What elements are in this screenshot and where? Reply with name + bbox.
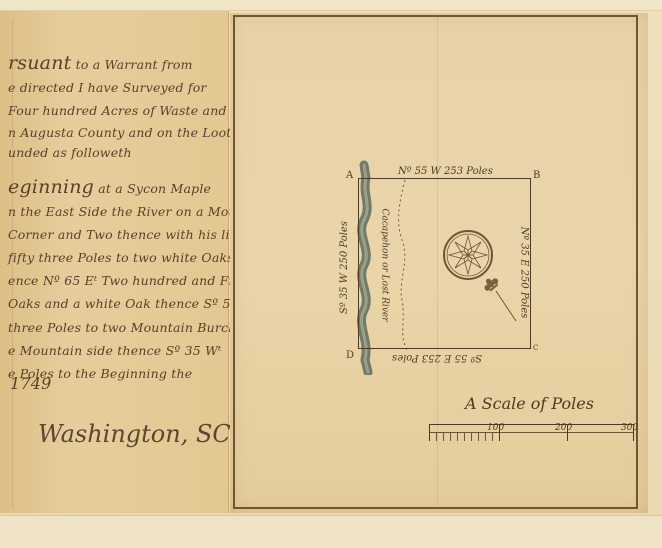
manuscript-line-12: three Poles to two Mountain Burch [8,320,237,335]
manuscript-line-3: Four hundred Acres of Waste and [8,103,227,118]
scale-bar: 100 200 300 [429,424,634,441]
scale-title: A Scale of Poles [465,394,594,413]
manuscript-line-13: e Mountain side thence Sº 35 Wᵗ [8,343,221,358]
bearing-right: Nº 35 E 250 Poles [518,227,529,319]
manuscript-line-2: e directed I have Surveyed for [8,80,207,95]
bearing-bottom: Sº 55 E 253 Poles [392,352,482,363]
corner-label-d: D [346,350,354,361]
corner-label-a: A [346,170,353,181]
scale-label-100: 100 [487,423,504,433]
manuscript-line-1: rsuant to a Warrant from [8,52,193,74]
scale-label-300: 300 [621,423,638,433]
river-label: Cacapehon or Lost River [380,208,390,321]
manuscript-line-11: Oaks and a white Oak thence Sº 55 [8,296,239,311]
mat-top-edge [0,0,662,11]
manuscript-line-5: unded as followeth [8,145,132,160]
bearing-top: Nº 55 W 253 Poles [398,166,493,177]
bearing-left: Sº 35 W 250 Poles [339,221,350,314]
manuscript-line-9: fifty three Poles to two white Oaks [8,250,234,265]
corner-label-c: C [533,344,538,352]
corner-label-b: B [533,170,540,181]
manuscript-line-6: eginning at a Sycon Maple [8,176,211,198]
manuscript-line-7: n the East Side the River on a Moun [8,204,245,219]
manuscript-line-10: ence Nº 65 Eᵗ Two hundred and Fifty [8,273,250,288]
scale-label-200: 200 [555,423,572,433]
manuscript-date: 1749 [10,374,52,393]
manuscript-line-4: n Augusta County and on the Loot [8,125,232,140]
surveyor-signature: Washington, SCC [38,420,249,448]
mat-bottom-edge [0,515,662,548]
manuscript-line-8: Corner and Two thence with his line [8,227,246,242]
